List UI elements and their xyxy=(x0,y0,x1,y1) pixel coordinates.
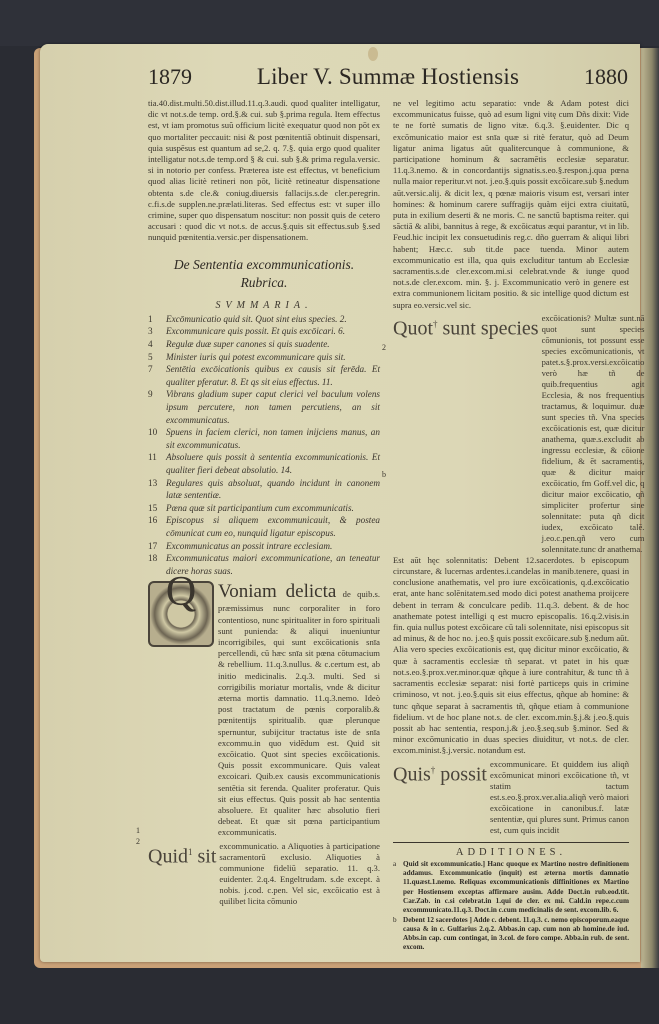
right-paragraph-1: ne vel legitimo actu separatio: vnde & A… xyxy=(393,98,629,311)
divider-rule xyxy=(393,842,629,843)
rubric-title: De Sententia excommunicationis. xyxy=(148,256,380,274)
summaria-item: 1Excōmunicatio quid sit. Quot sint eius … xyxy=(148,313,380,326)
rubric-heading: De Sententia excommunicationis. Rubrica. xyxy=(148,256,380,292)
section-text: excommunicatio. a Aliquoties à participa… xyxy=(219,841,380,907)
addition-note: a Quid sit excommunicatio.] Hanc quoque … xyxy=(393,860,629,916)
section-text: excōicationis? Multæ sunt.nā quot sunt s… xyxy=(542,313,645,555)
summaria-list: 1Excōmunicatio quid sit. Quot sint eius … xyxy=(148,313,380,577)
scan-backdrop xyxy=(0,0,659,46)
lead-text: de quib.s. præmissimus nunc corporaliter… xyxy=(218,589,380,837)
summaria-item: 7Sentētia excōicationis quibus ex causis… xyxy=(148,363,380,388)
summaria-item: 16Episcopus si aliquem excommunicauit, &… xyxy=(148,514,380,539)
section-quis-possit: Quis† possit excommunicare. Et quiddem i… xyxy=(393,759,629,836)
lead-words: Voniam delicta xyxy=(218,581,336,602)
decorated-initial-icon: Q xyxy=(148,581,214,647)
summaria-item: 5Minister iuris qui potest excommunicare… xyxy=(148,351,380,364)
summaria-item: 9Vibrans gladium super caput clerici vel… xyxy=(148,388,380,426)
summaria-item: 17Excommunicatus an possit intrare eccle… xyxy=(148,540,380,553)
opening-paragraph: Q Voniam delicta de quib.s. præmissimus … xyxy=(148,581,380,838)
summaria-item: 13Regulares quis absoluat, quando incidu… xyxy=(148,477,380,502)
summaria-item: 11Absoluere quis possit à sententia exco… xyxy=(148,451,380,476)
right-paragraph-3: Est aūt hęc solennitatis: Debent 12.sace… xyxy=(393,555,629,757)
right-page-number: 1880 xyxy=(584,64,628,90)
left-column: tia.40.dist.multi.50.dist.illud.11.q.3.a… xyxy=(148,98,380,907)
margin-number: 2 xyxy=(136,837,140,846)
summaria-title: SVMMARIA. xyxy=(148,300,380,311)
addition-note: b Debent 12 sacerdotes ] Adde c. debent.… xyxy=(393,916,629,953)
paper-stain xyxy=(368,47,378,61)
margin-number: 1 xyxy=(136,826,140,835)
additiones-title: ADDITIONES. xyxy=(393,847,629,858)
section-text: excommunicare. Et quiddem ius aliqñ excō… xyxy=(490,759,629,836)
summaria-item: 4Regulæ duæ super canones si quis suaden… xyxy=(148,338,380,351)
right-column: ne vel legitimo actu separatio: vnde & A… xyxy=(393,98,629,953)
margin-number: 2 xyxy=(382,343,386,352)
intro-paragraph: tia.40.dist.multi.50.dist.illud.11.q.3.a… xyxy=(148,98,380,244)
rubric-subtitle: Rubrica. xyxy=(148,274,380,292)
summaria-item: 15Pœna quæ sit participantium cum excomm… xyxy=(148,502,380,515)
left-page-number: 1879 xyxy=(148,64,192,90)
summaria-item: 10Spuens in faciem clerici, non tamen in… xyxy=(148,426,380,451)
running-title: Liber V. Summæ Hostiensis xyxy=(257,64,519,90)
running-header: 1879 Liber V. Summæ Hostiensis 1880 xyxy=(148,64,628,96)
summaria-item: 3Excommunicare quis possit. Et quis excō… xyxy=(148,325,380,338)
margin-letter: b xyxy=(382,470,386,479)
section-quid-sit: Quid1 sit excommunicatio. a Aliquoties à… xyxy=(148,841,380,907)
section-quot-sunt-species: Quot† sunt species excōicationis? Multæ … xyxy=(393,313,629,555)
